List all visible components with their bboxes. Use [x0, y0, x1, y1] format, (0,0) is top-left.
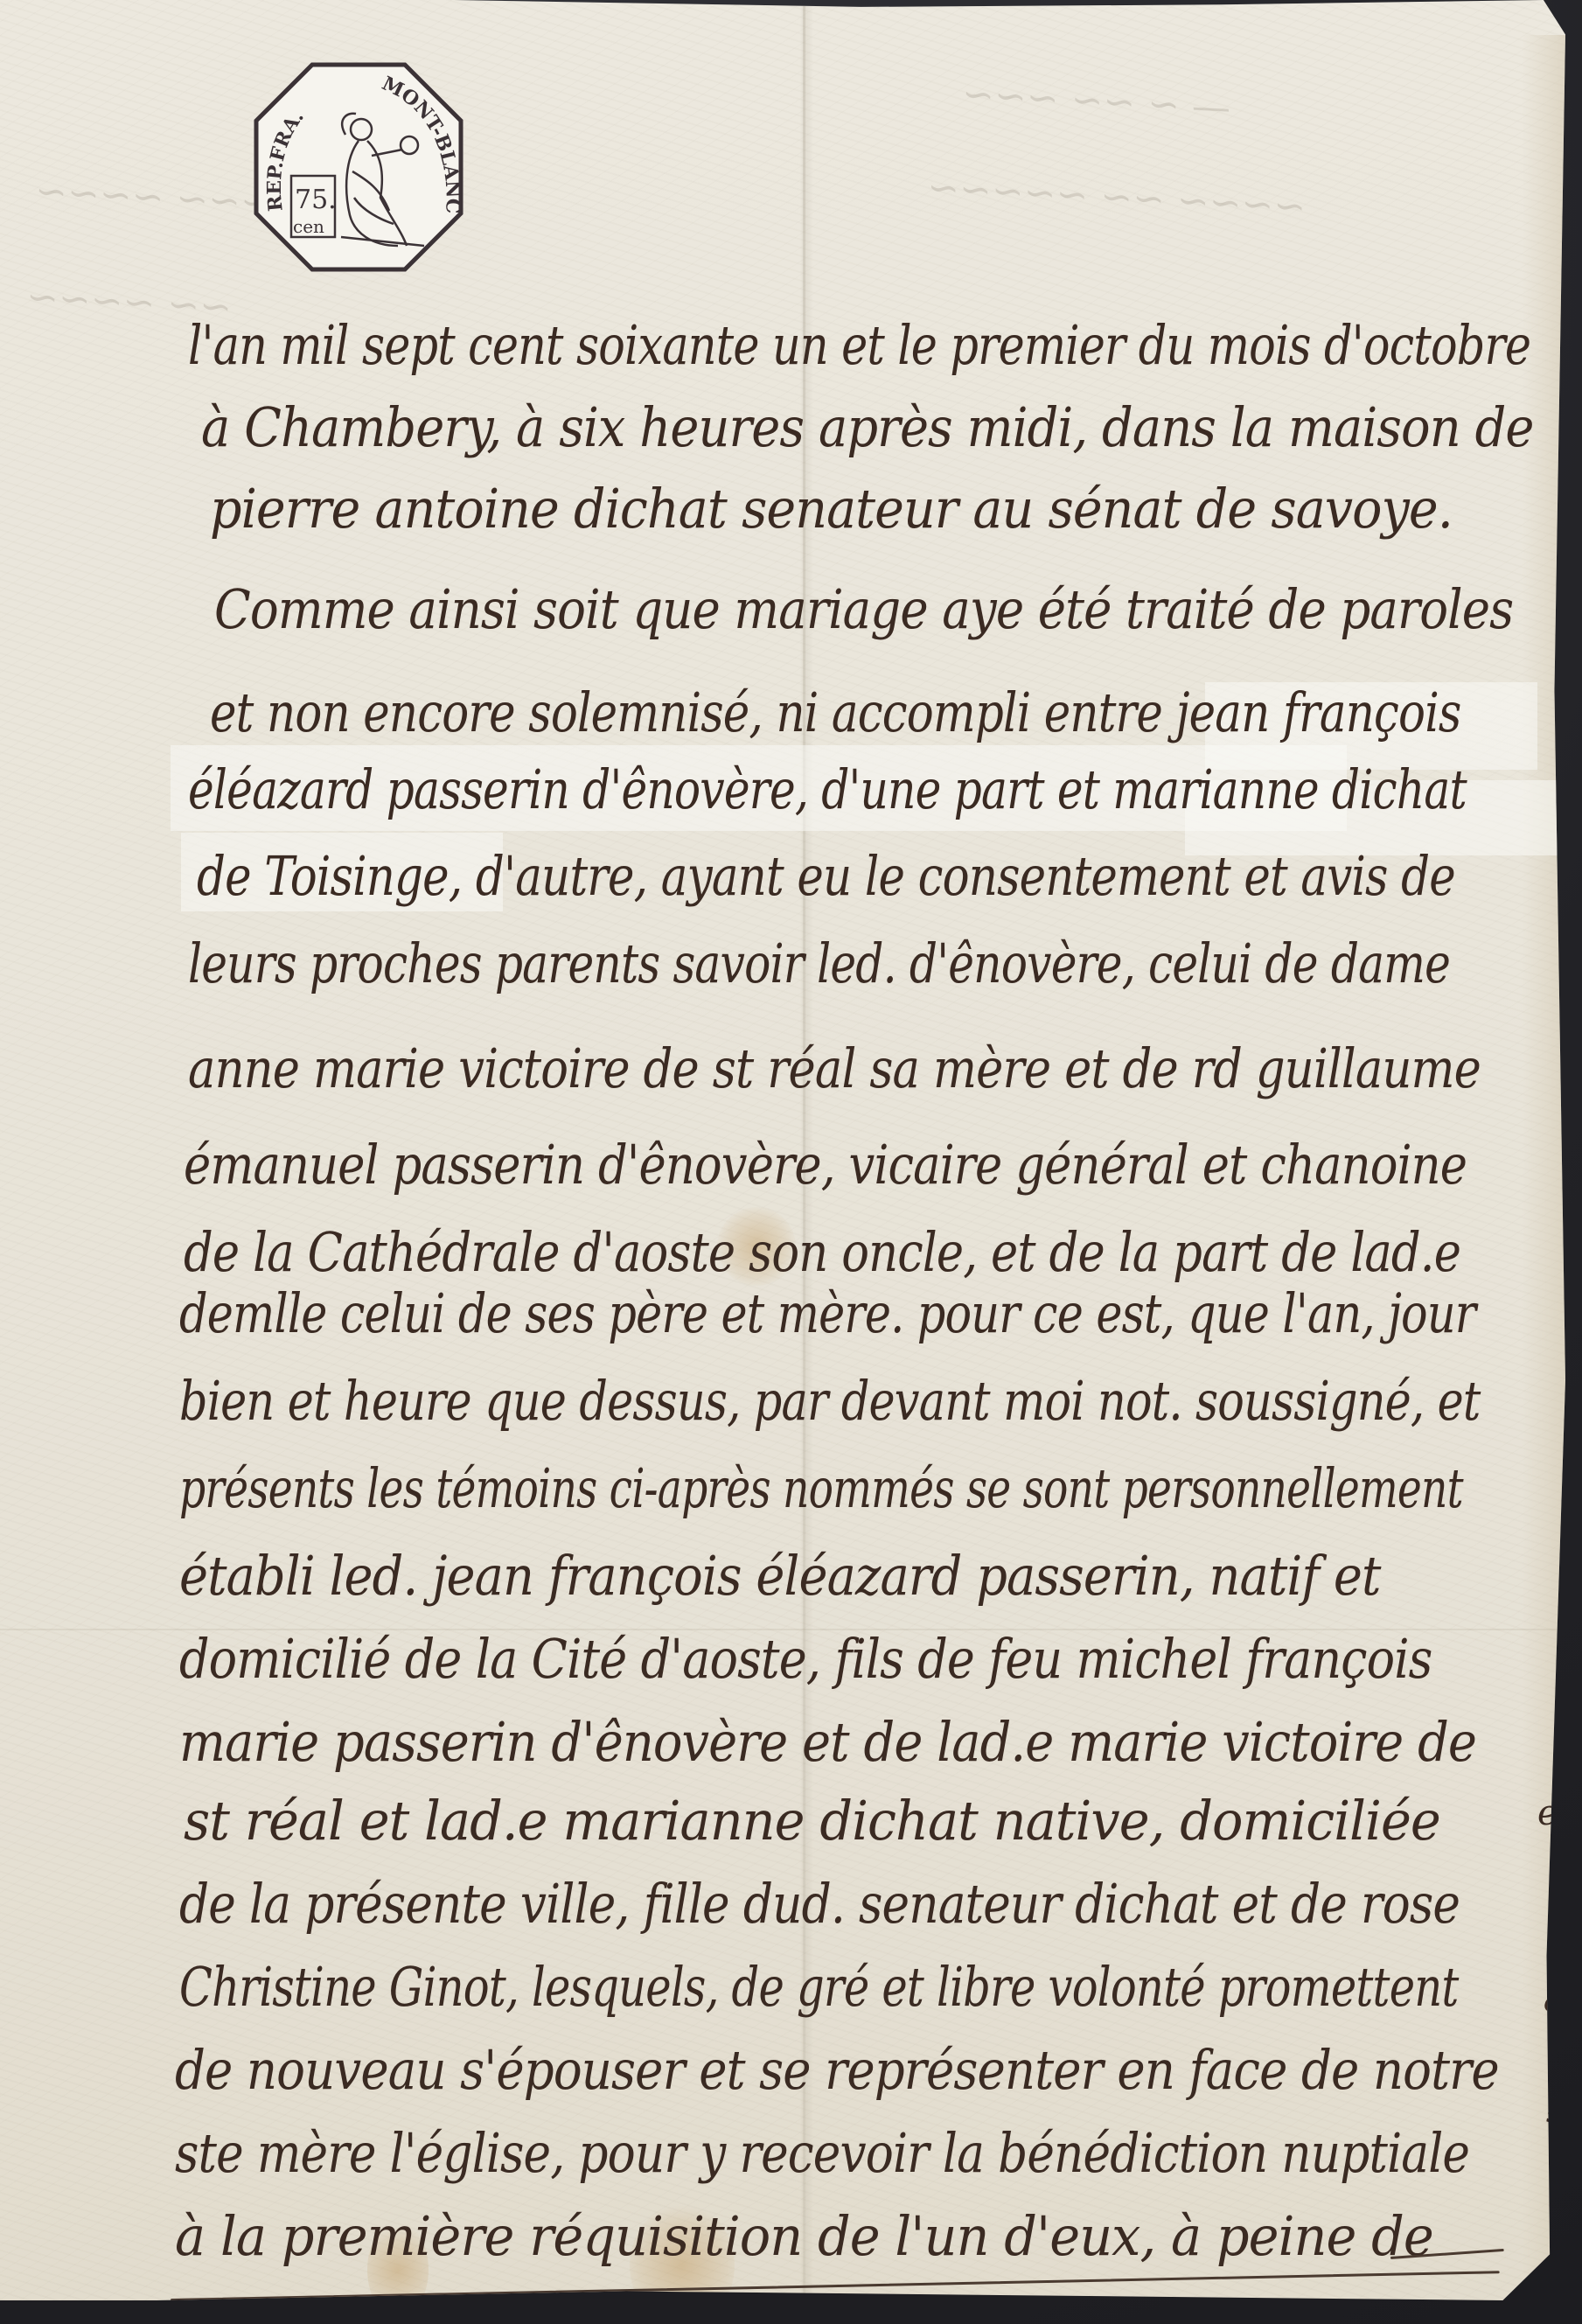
bleed-through-text: ~~~ ~~~~: [34, 169, 274, 226]
text-line: établi led. jean françois éléazard passe…: [179, 1544, 1381, 1608]
text-line: à la première réquisition de l'un d'eux,…: [175, 2204, 1433, 2268]
text-line: éléazard passerin d'ênovère, d'une part …: [188, 757, 1467, 821]
stamp-unit: cen: [293, 216, 324, 237]
text-line: Comme ainsi soit que mariage aye été tra…: [214, 577, 1513, 641]
text-line: leurs proches parents savoir led. d'ênov…: [188, 932, 1450, 995]
manuscript-page: — ~ ~~ ~~~ ~~~~ ~~ ~~~~~ ~~~ ~~~~ ~~ ~~~…: [0, 0, 1565, 2300]
text-line: émanuel passerin d'ênovère, vicaire géné…: [184, 1133, 1467, 1197]
text-line: l'an mil sept cent soixante un et le pre…: [188, 313, 1530, 377]
stamp-octagon-icon: REP.FRA. MONT-BLANC. 75. cen: [249, 58, 468, 276]
bleed-through-text: — ~ ~~ ~~~: [961, 72, 1231, 130]
text-line: de nouveau s'épouser et se représenter e…: [175, 2038, 1499, 2102]
text-line: ste mère l'église, pour y recevoir la bé…: [175, 2121, 1469, 2185]
text-line: présents les témoins ci-après nommés se …: [179, 1456, 1463, 1520]
text-line: de la Cathédrale d'aoste son oncle, et d…: [184, 1220, 1460, 1284]
text-line: demlle celui de ses père et mère. pour c…: [179, 1281, 1475, 1345]
text-line: marie passerin d'ênovère et de lad.e mar…: [179, 1710, 1476, 1774]
text-line: de la présente ville, fille dud. senateu…: [179, 1872, 1460, 1936]
text-line: bien et heure que dessus, par devant moi…: [179, 1369, 1480, 1433]
text-line: et non encore solemnisé, ni accompli ent…: [210, 680, 1460, 744]
text-line: st réal et lad.e marianne dichat native,…: [184, 1789, 1440, 1853]
text-line: domicilié de la Cité d'aoste, fils de fe…: [179, 1627, 1432, 1691]
text-line: Christine Ginot, lesquels, de gré et lib…: [179, 1955, 1459, 2019]
bleed-through-text: ~~~~ ~~ ~~~~~: [926, 165, 1307, 230]
text-line: à Chambery, à six heures après midi, dan…: [201, 395, 1534, 459]
text-line: pierre antoine dichat senateur au sénat …: [210, 477, 1453, 541]
stamp-value: 75.: [295, 185, 337, 215]
tax-stamp: REP.FRA. MONT-BLANC. 75. cen: [249, 58, 468, 276]
text-line: anne marie victoire de st réal sa mère e…: [188, 1036, 1481, 1100]
text-line: de Toisinge, d'autre, ayant eu le consen…: [197, 844, 1455, 908]
